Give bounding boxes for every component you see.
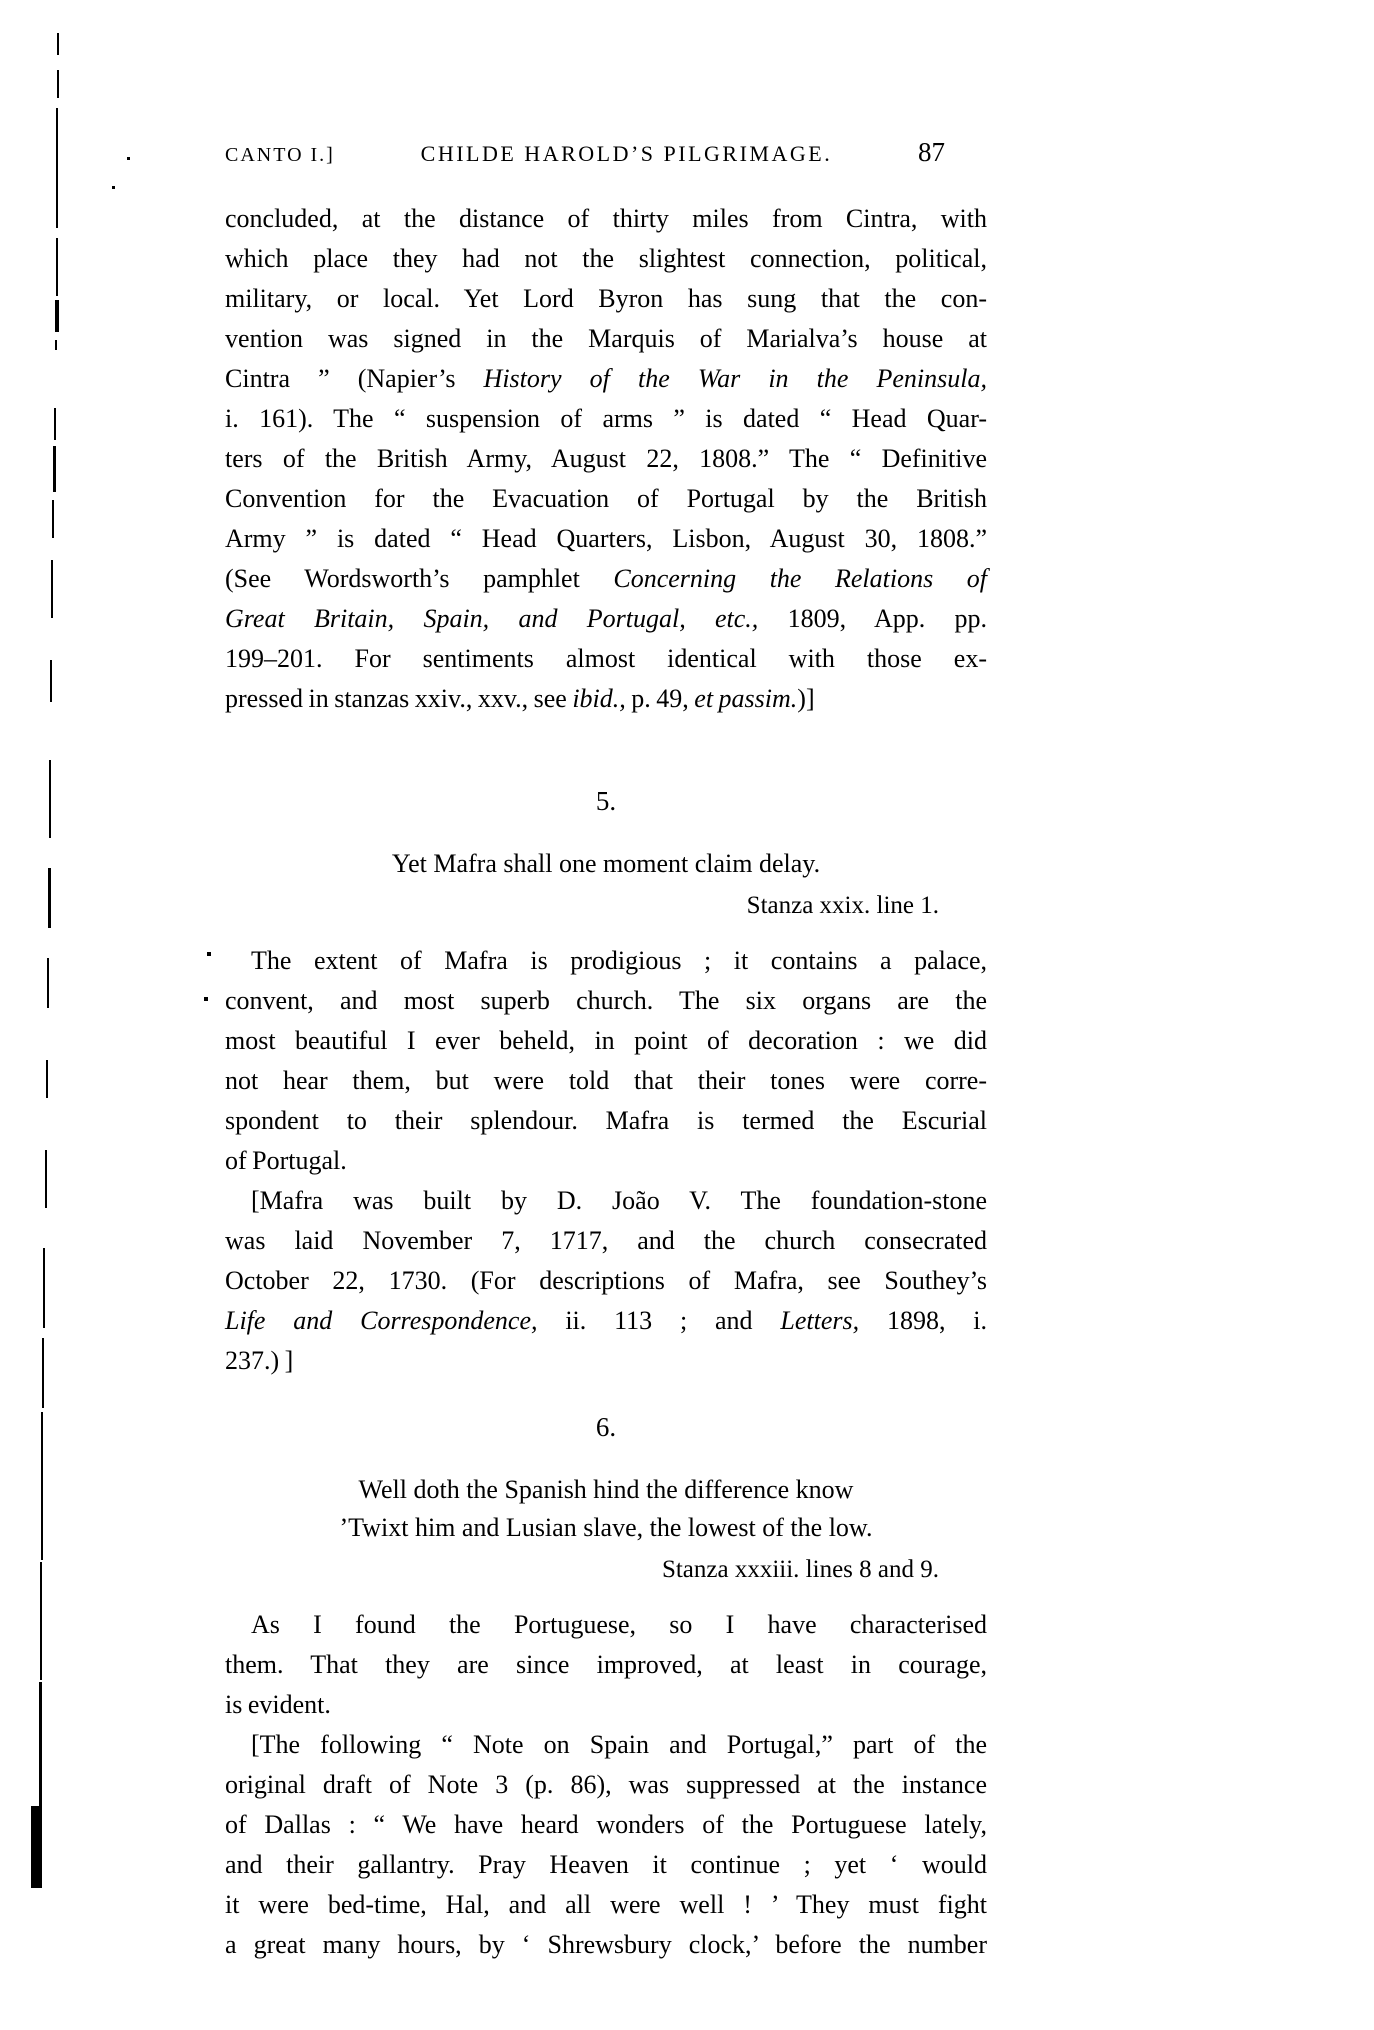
- text-line: convent, and most superb church. The six…: [225, 981, 987, 1021]
- text-line: i. 161). The “ suspension of arms ” is d…: [225, 399, 987, 439]
- scan-artifact: [49, 760, 51, 838]
- text-line: and their gallantry. Pray Heaven it cont…: [225, 1845, 987, 1885]
- scan-artifact: [50, 660, 52, 702]
- text-line: pressed in stanzas xxiv., xxv., see ibid…: [225, 679, 987, 719]
- book-page: CANTO I.] CHILDE HAROLD’S PILGRIMAGE. 87…: [0, 0, 1374, 2030]
- scan-artifact: [42, 1338, 44, 1408]
- text-line: October 22, 1730. (For descriptions of M…: [225, 1261, 987, 1301]
- text-line: Life and Correspondence, ii. 113 ; and L…: [225, 1301, 987, 1341]
- text-line: of Portugal.: [225, 1141, 987, 1181]
- scan-artifact: [55, 340, 57, 350]
- scan-artifact: [57, 70, 59, 98]
- text-line: is evident.: [225, 1685, 987, 1725]
- note-paragraph: As I found the Portuguese, so I have cha…: [225, 1605, 987, 1725]
- text-line: of Dallas : “ We have heard wonders of t…: [225, 1805, 987, 1845]
- verse-line: ’Twixt him and Lusian slave, the lowest …: [225, 1509, 987, 1547]
- text-line: which place they had not the slightest c…: [225, 239, 987, 279]
- text-line: ters of the British Army, August 22, 180…: [225, 439, 987, 479]
- text-line: concluded, at the distance of thirty mil…: [225, 199, 987, 239]
- text-line: As I found the Portuguese, so I have cha…: [225, 1605, 987, 1645]
- scan-artifact: [43, 1248, 45, 1328]
- note-paragraph: concluded, at the distance of thirty mil…: [225, 199, 987, 719]
- text-line: [Mafra was built by D. João V. The found…: [225, 1181, 987, 1221]
- scan-artifact: [56, 238, 58, 296]
- text-line: spondent to their splendour. Mafra is te…: [225, 1101, 987, 1141]
- verse-quote: Well doth the Spanish hind the differenc…: [225, 1471, 987, 1547]
- scan-artifact: [41, 1412, 43, 1560]
- scan-artifact: [47, 958, 49, 1008]
- scan-speck: [207, 952, 211, 956]
- scan-artifact: [52, 500, 54, 538]
- note-paragraph: [Mafra was built by D. João V. The found…: [225, 1181, 987, 1381]
- text-line: a great many hours, by ‘ Shrewsbury cloc…: [225, 1925, 987, 1965]
- scan-artifact: [40, 1562, 42, 1680]
- scan-artifact: [53, 446, 56, 492]
- text-line: Great Britain, Spain, and Portugal, etc.…: [225, 599, 987, 639]
- book-title: CHILDE HAROLD’S PILGRIMAGE.: [335, 141, 918, 167]
- scan-artifact: [54, 408, 56, 440]
- scan-artifact: [55, 300, 59, 332]
- scan-artifact: [31, 1806, 42, 1888]
- text-line: vention was signed in the Marquis of Mar…: [225, 319, 987, 359]
- scan-artifact: [57, 33, 59, 55]
- text-line: not hear them, but were told that their …: [225, 1061, 987, 1101]
- page-number: 87: [918, 137, 987, 168]
- text-line: 237.) ]: [225, 1341, 987, 1381]
- text-line: 199–201. For sentiments almost identical…: [225, 639, 987, 679]
- text-line: (See Wordsworth’s pamphlet Concerning th…: [225, 559, 987, 599]
- note-number: 6.: [225, 1409, 987, 1445]
- note-paragraph: The extent of Mafra is prodigious ; it c…: [225, 941, 987, 1181]
- text-line: military, or local. Yet Lord Byron has s…: [225, 279, 987, 319]
- scan-artifact: [56, 108, 58, 228]
- scan-speck: [127, 157, 130, 160]
- text-line: Army ” is dated “ Head Quarters, Lisbon,…: [225, 519, 987, 559]
- scan-artifact: [39, 1682, 42, 1808]
- scan-artifact: [45, 1150, 47, 1208]
- verse-quote: Yet Mafra shall one moment claim delay.: [225, 845, 987, 883]
- scan-artifact: [48, 868, 51, 928]
- text-column: CANTO I.] CHILDE HAROLD’S PILGRIMAGE. 87…: [225, 137, 987, 1965]
- text-line: original draft of Note 3 (p. 86), was su…: [225, 1765, 987, 1805]
- text-line: [The following “ Note on Spain and Portu…: [225, 1725, 987, 1765]
- text-line: most beautiful I ever beheld, in point o…: [225, 1021, 987, 1061]
- text-line: Cintra ” (Napier’s History of the War in…: [225, 359, 987, 399]
- canto-label: CANTO I.]: [225, 144, 335, 167]
- text-line: them. That they are since improved, at l…: [225, 1645, 987, 1685]
- scan-speck: [204, 997, 208, 1001]
- scan-artifact: [46, 1060, 48, 1098]
- note-number: 5.: [225, 783, 987, 819]
- text-line: Convention for the Evacuation of Portuga…: [225, 479, 987, 519]
- text-line: was laid November 7, 1717, and the churc…: [225, 1221, 987, 1261]
- scan-artifact: [51, 560, 53, 618]
- verse-line: Yet Mafra shall one moment claim delay.: [225, 845, 987, 883]
- running-head: CANTO I.] CHILDE HAROLD’S PILGRIMAGE. 87: [225, 137, 987, 169]
- scan-speck: [112, 186, 115, 189]
- verse-line: Well doth the Spanish hind the differenc…: [225, 1471, 987, 1509]
- stanza-reference: Stanza xxix. line 1.: [225, 887, 987, 925]
- text-line: it were bed-time, Hal, and all were well…: [225, 1885, 987, 1925]
- note-paragraph: [The following “ Note on Spain and Portu…: [225, 1725, 987, 1965]
- text-line: The extent of Mafra is prodigious ; it c…: [225, 941, 987, 981]
- stanza-reference: Stanza xxxiii. lines 8 and 9.: [225, 1551, 987, 1589]
